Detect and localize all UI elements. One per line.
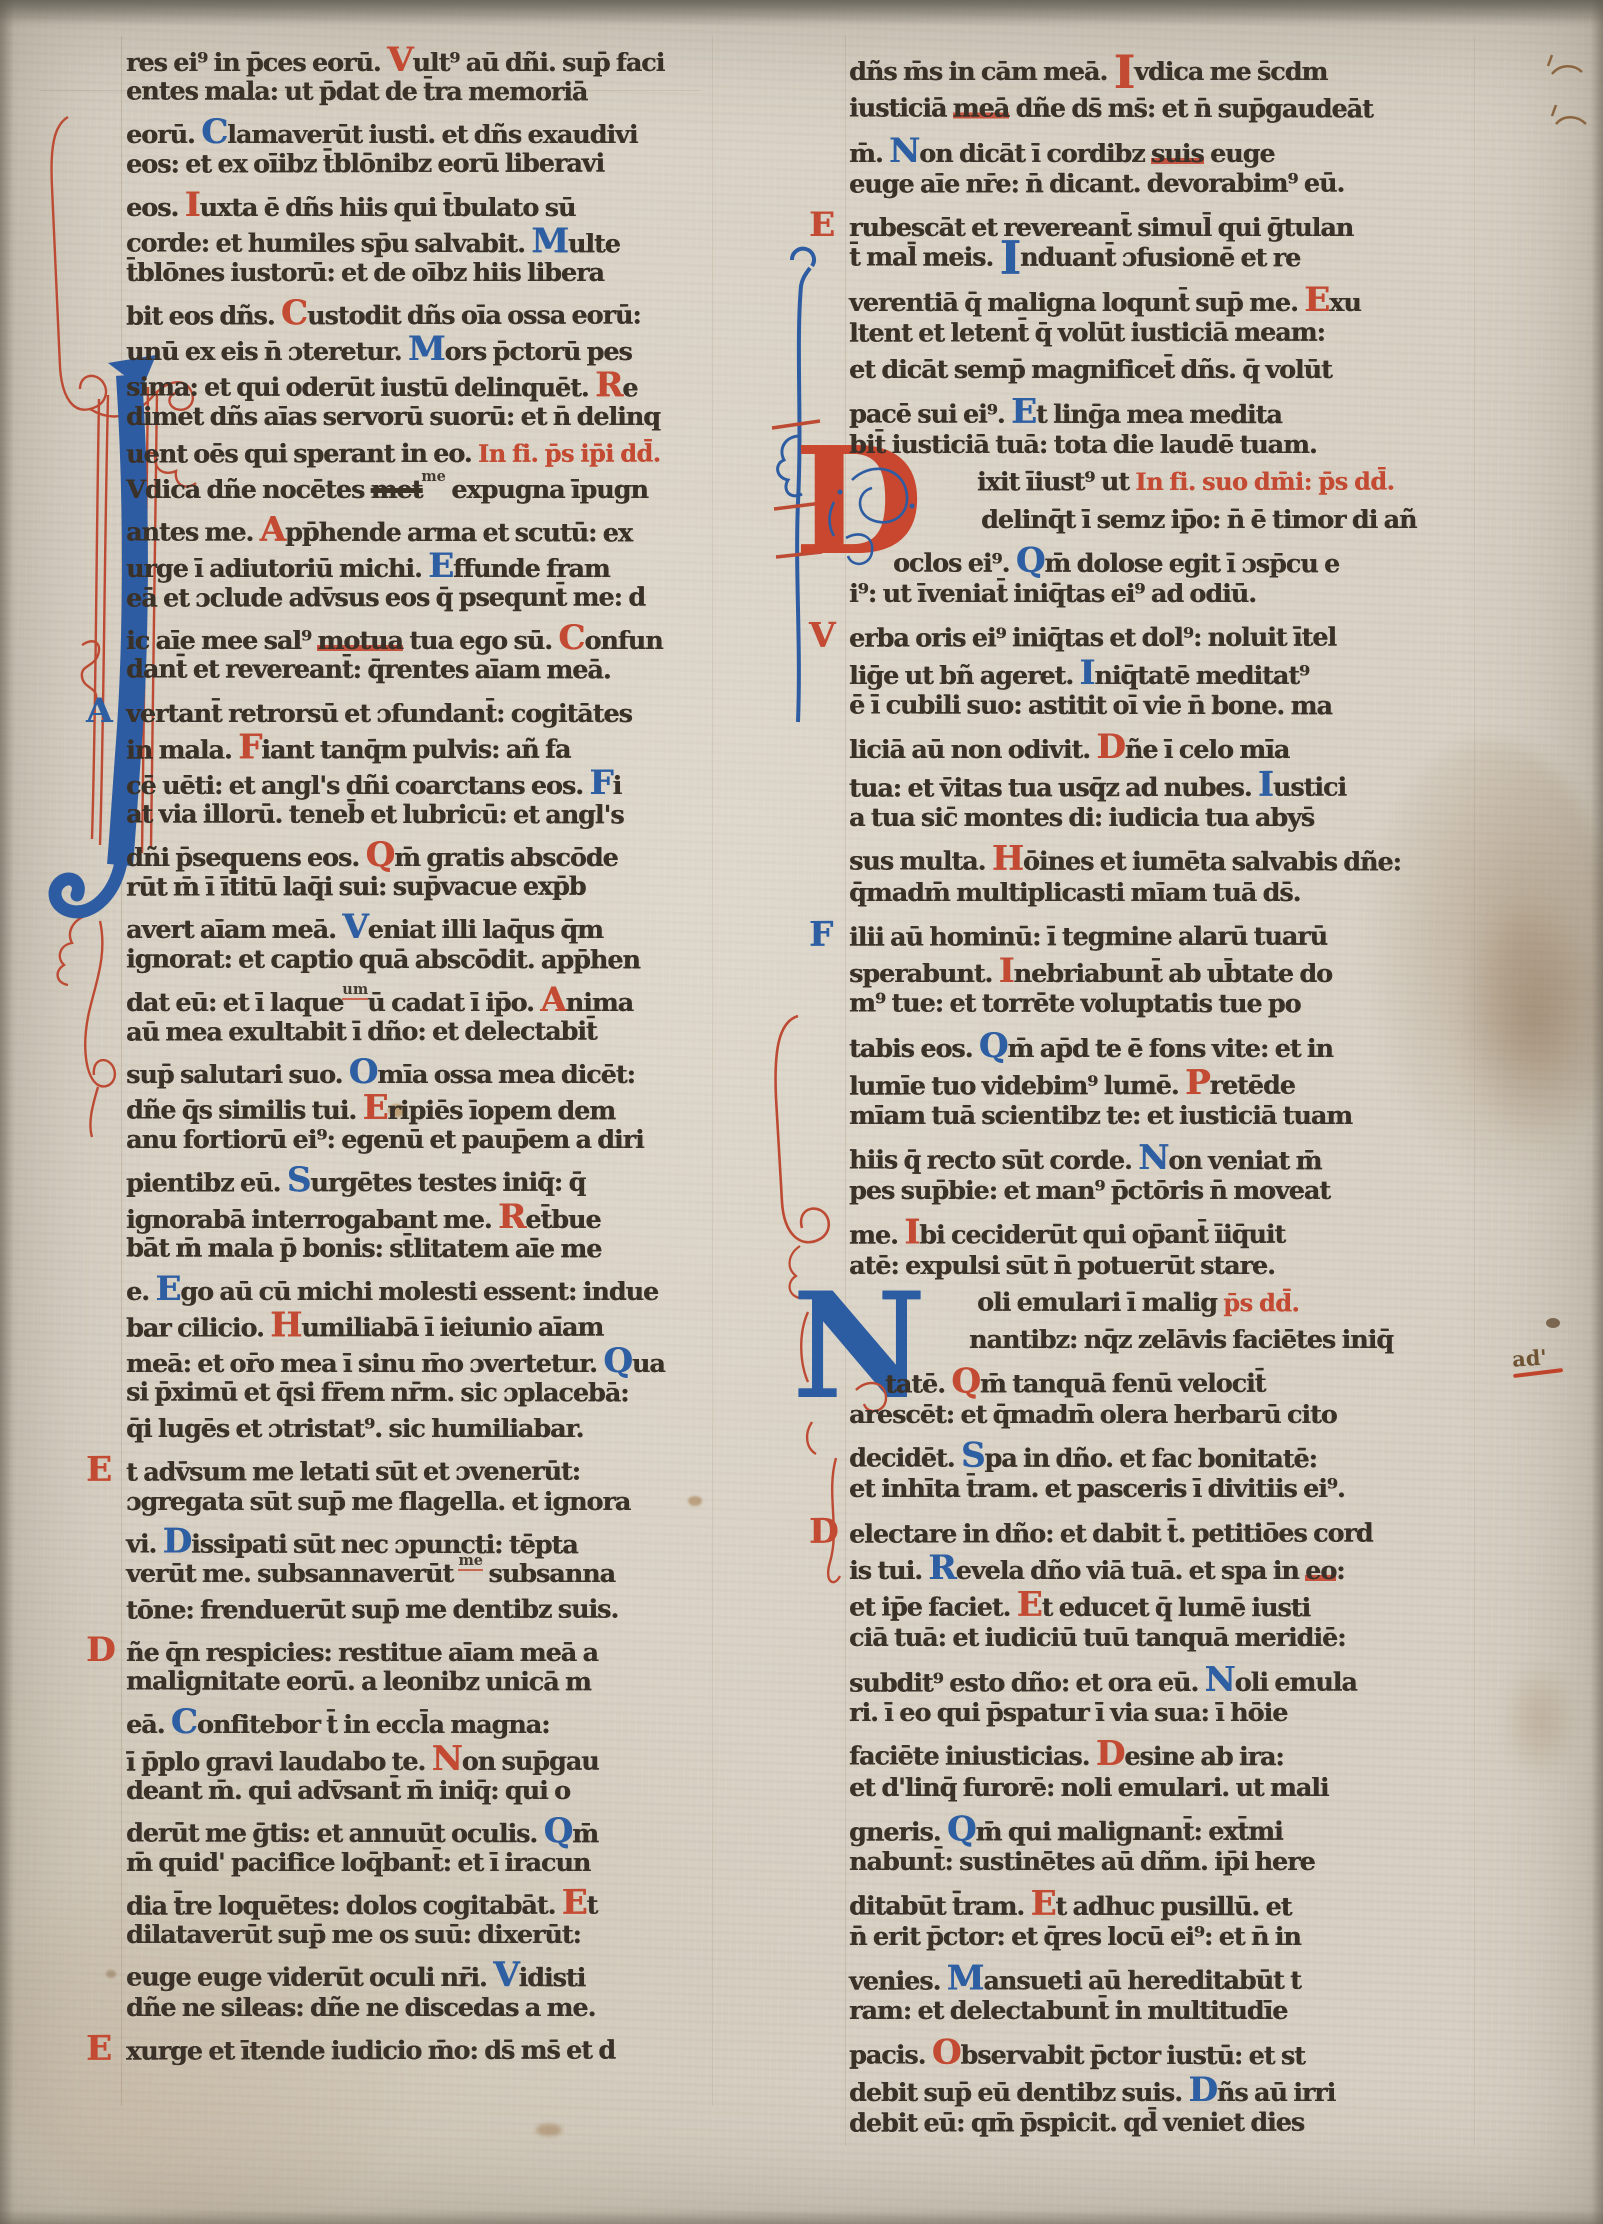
text-line: et d'linq̄ furorē: noli emulari. ut mali bbox=[849, 1772, 1473, 1809]
text-line: ɔgregata sūt sup̄ me flagella. et ignora bbox=[126, 1486, 716, 1522]
text-run: vdica me s̄cdm bbox=[1134, 56, 1327, 86]
text-run: m̄ qui malignant̄: ext̄mi bbox=[975, 1816, 1282, 1847]
text-run: eorū. bbox=[126, 119, 201, 149]
text-run: m⁹ tue: et torrēte voluptatis tue po bbox=[849, 988, 1301, 1019]
text-run: oli emula bbox=[1235, 1666, 1357, 1696]
text-run: t educet q̄ lumē iusti bbox=[1042, 1592, 1311, 1622]
text-line: bit eos dñs. Custodit dñs oīa ossa eorū: bbox=[126, 292, 716, 329]
interlinear-note: um bbox=[342, 981, 368, 1000]
rubric: In fi. suo dm̄i: p̄s dd̄. bbox=[1135, 467, 1394, 497]
text-run: entes mala: ut p̄dat de t̄ra memoriā bbox=[126, 76, 587, 107]
text-line: dñs m̄s in cām meā. Ivdica me s̄cdm bbox=[849, 56, 1473, 93]
text-run: lumīe tuo videbim⁹ lumē. bbox=[849, 1070, 1185, 1101]
text-line: ltent et letent̄ q̄ volūt iusticiā meam: bbox=[849, 316, 1473, 355]
text-line: corde: et humiles sp̄u salvabit. Multe bbox=[126, 220, 716, 257]
text-line: Et adv̄sum me letati sūt et ɔvenerūt: bbox=[126, 1449, 716, 1486]
text-line: eos: et ex oīibz t̄blōnibz eorū liberavi bbox=[126, 148, 716, 185]
text-run: t adv̄sum me letati sūt et ɔvenerūt: bbox=[126, 1456, 580, 1487]
text-line: ram: et delectabunt̄ in multitudīe bbox=[849, 1995, 1473, 2032]
text-run: dñe ne sileas: dñe ne discedas a me. bbox=[126, 1992, 595, 2022]
text-run: ciā tuā: et iudiciū tuū tanquā meridiē: bbox=[849, 1622, 1346, 1652]
text-line: delinq̄t ī semz ip̄o: n̄ ē timor di añ bbox=[849, 504, 1473, 541]
text-run: ī p̄plo gravi laudabo te. bbox=[126, 1746, 432, 1777]
text-run: on dicāt ī cordibz bbox=[919, 138, 1151, 168]
text-line: venies. Mansueti aū hereditabūt t bbox=[849, 1957, 1473, 1996]
versal-initial: N bbox=[432, 1739, 462, 1779]
versal-initial: I bbox=[1079, 653, 1094, 693]
text-run: expugna īpugn bbox=[445, 474, 648, 504]
text-line: sima: et qui oderūt iustū delinquēt. Re bbox=[126, 365, 716, 402]
text-line: dñe q̄s similis tui. Eripiēs īopem dem bbox=[126, 1088, 716, 1125]
text-run: ua bbox=[632, 1348, 665, 1378]
text-run: eos. bbox=[126, 192, 185, 222]
text-run: tōne: frenduerūt sup̄ me dentibz suis. bbox=[126, 1594, 618, 1625]
text-line: Vdica dñe nocētes metme expugna īpugn bbox=[126, 474, 716, 510]
versal-initial: I bbox=[999, 231, 1020, 285]
corrected-word: motua bbox=[317, 625, 402, 655]
text-run: derūt me ḡtis: et annuūt oculis. bbox=[126, 1817, 544, 1848]
text-line: arescēt: et q̄madm̄ olera herbarū cito bbox=[849, 1399, 1473, 1436]
versal-initial: N bbox=[889, 131, 919, 171]
versal-initial: Q bbox=[603, 1341, 632, 1381]
versal-initial: Q bbox=[365, 835, 394, 875]
versal-initial: O bbox=[932, 2032, 961, 2072]
text-run: res ei⁹ in p̄ces eorū. bbox=[126, 47, 387, 77]
versal-initial: R bbox=[595, 366, 622, 406]
text-run: niq̄tatē meditat⁹ bbox=[1094, 660, 1309, 690]
text-run: iusticiā bbox=[849, 93, 953, 123]
text-run: gneris. bbox=[849, 1816, 947, 1846]
text-line: verūt me. subsannaverūt me subsanna bbox=[126, 1558, 716, 1594]
text-line: deant m̄. qui adv̄sant̄ m̄ iniq̄: qui o bbox=[126, 1775, 716, 1811]
text-run: ustodit dñs oīa ossa eorū: bbox=[307, 300, 641, 331]
text-run: dant̄ et revereant̄: q̄rentes aīam meā. bbox=[126, 654, 611, 685]
text-line: bar cilicio. Humiliabā ī ieiunio aīam bbox=[126, 1304, 716, 1341]
text-run: e bbox=[622, 373, 637, 403]
versal-initial: A bbox=[260, 510, 285, 550]
text-run: m̄ gratis abscōde bbox=[394, 842, 618, 872]
text-run: nduant̄ ɔfusionē et re bbox=[1020, 242, 1300, 272]
text-run: vi. bbox=[126, 1528, 163, 1558]
text-run: pientibz eū. bbox=[126, 1168, 287, 1198]
text-run: euge aīe nr̄e: n̄ dicant. devorabim⁹ eū. bbox=[849, 168, 1344, 199]
text-line: si p̄ximū et q̄si fr̄em nr̄m. sic ɔplace… bbox=[126, 1377, 716, 1414]
text-run: ditabūt t̄ram. bbox=[849, 1890, 1031, 1920]
text-run: ulte bbox=[568, 228, 620, 258]
text-run: uent oēs qui sperant in eo. bbox=[126, 437, 478, 468]
versal-initial: E bbox=[562, 1883, 587, 1923]
text-run: nima bbox=[566, 987, 633, 1017]
versal-initial: R bbox=[498, 1197, 525, 1237]
text-line: m⁹ tue: et torrēte voluptatis tue po bbox=[849, 988, 1473, 1026]
text-run: t linḡa mea medita bbox=[1036, 398, 1282, 428]
text-run: pacis. bbox=[849, 2039, 932, 2069]
text-line: dia t̄re loquētes: dolos cogitabāt. Et bbox=[126, 1883, 716, 1920]
text-run: sup̄ salutari suo. bbox=[126, 1059, 349, 1089]
text-run: eniat illi laq̄us q̄m bbox=[368, 914, 603, 944]
versal-initial: Q bbox=[1016, 541, 1045, 581]
text-run: ē ī cubili suo: astitit oī vie n̄ bone. … bbox=[849, 690, 1332, 721]
text-run: venies. bbox=[849, 1966, 947, 1996]
versal-initial: F bbox=[589, 763, 612, 803]
text-run: tabis eos. bbox=[849, 1033, 979, 1063]
text-run: ñs aū irri bbox=[1217, 2077, 1335, 2107]
text-line: dant̄ et revereant̄: q̄rentes aīam meā. bbox=[126, 654, 716, 691]
text-run: atē: expulsi sūt n̄ potuerūt stare. bbox=[849, 1250, 1275, 1280]
versal-initial: M bbox=[408, 329, 445, 369]
text-line: nabunt̄: sustinētes aū dñm. ip̄i here bbox=[849, 1846, 1473, 1883]
versal-initial: Q bbox=[543, 1811, 572, 1851]
text-line: me. Ibi ceciderūt qui op̄ant̄ īiq̄uit bbox=[849, 1212, 1473, 1251]
text-line: sus multa. Hōines et iumēta salvabis dñe… bbox=[849, 839, 1473, 877]
text-line: bāt m̄ mala p̄ bonis: st̄litatem aīe me bbox=[126, 1232, 716, 1269]
text-line: hiis q̄ recto sūt corde. Non veniat m̄ bbox=[849, 1137, 1473, 1175]
versal-initial: O bbox=[349, 1052, 378, 1092]
text-line: q̄i lugēs et ɔtristat⁹. sic humiliabar. bbox=[126, 1413, 716, 1449]
versal-initial: H bbox=[270, 1305, 301, 1345]
text-line: dñi p̄sequens eos. Qm̄ gratis abscōde bbox=[126, 835, 716, 871]
text-run: debit eū: qm̄ p̄spicit. qd̄ veniet dies bbox=[849, 2107, 1304, 2138]
versal-initial: I bbox=[1258, 764, 1273, 804]
versal-initial: E bbox=[1011, 391, 1036, 431]
text-run: eā et ɔclude adv̄sus eos q̄ psequnt̄ me:… bbox=[126, 582, 645, 613]
versal-initial: A bbox=[540, 980, 565, 1020]
text-run: q̄madm̄ multiplicasti mīam tuā ds̄. bbox=[849, 877, 1300, 907]
text-line: cē uēti: et angl's dñi coarctans eos. Fi bbox=[126, 763, 716, 799]
versal-initial: D bbox=[1096, 1734, 1125, 1774]
text-line: ri. ī eo qui p̄spatur ī via sua: ī hōie bbox=[849, 1697, 1473, 1734]
text-line: vi. Dissipati sūt nec ɔpuncti: tēpta bbox=[126, 1521, 716, 1558]
text-run: is tui. bbox=[849, 1555, 928, 1585]
text-run: verentiā q̄ maligna loqunt̄ sup̄ me. bbox=[849, 287, 1304, 317]
corrected-word: meā bbox=[953, 93, 1010, 123]
versal-initial: Q bbox=[951, 1362, 980, 1402]
text-run: sima: et qui oderūt iustū delinquēt. bbox=[126, 372, 595, 403]
text-run: ic aīe mee sal⁹ bbox=[126, 625, 317, 655]
text-line: debit eū: qm̄ p̄spicit. qd̄ veniet dies bbox=[849, 2107, 1473, 2146]
text-line: Exurge et ītende iudicio m̄o: ds̄ ms̄ et… bbox=[126, 2027, 716, 2064]
versal-initial: R bbox=[928, 1548, 955, 1588]
text-line: nantibz: nq̄z zelāvis faciētes iniq̄ bbox=[849, 1324, 1473, 1361]
text-run: debit sup̄ eū dentibz suis. bbox=[849, 2077, 1188, 2107]
text-run: si p̄ximū et q̄si fr̄em nr̄m. sic ɔplace… bbox=[126, 1377, 629, 1408]
text-run: n̄ erit p̄ctor: et q̄res locū ei⁹: et n̄… bbox=[849, 1921, 1301, 1951]
text-run: a tua sic̄ montes di: iudicia tua abys̄ bbox=[849, 802, 1314, 832]
text-line: pacis. Observabit p̄ctor iustū: et st bbox=[849, 2032, 1473, 2070]
manuscript-photo: D N bbox=[0, 0, 1603, 2224]
text-line: iusticiā meā dñe ds̄ ms̄: et n̄ sup̄gaud… bbox=[849, 93, 1473, 131]
text-run: q̄i lugēs et ɔtristat⁹. sic humiliabar. bbox=[126, 1413, 583, 1443]
text-line: sperabunt. Inebriabunt̄ ab ub̄tate do bbox=[849, 951, 1473, 988]
text-line: t̄ mal̄ meis. Induant̄ ɔfusionē et re bbox=[849, 242, 1473, 280]
text-line: lumīe tuo videbim⁹ lumē. Pretēde bbox=[849, 1062, 1473, 1101]
stain bbox=[106, 1970, 116, 1978]
text-run: t adhuc pusillū. et bbox=[1055, 1890, 1291, 1920]
text-line: m̄. Non dicāt ī cordibz suis euge bbox=[849, 131, 1473, 168]
text-line: mīam tuā scientibz te: et iusticiā tuam bbox=[849, 1100, 1473, 1137]
photo-edge bbox=[1591, 0, 1603, 2224]
text-line: ixit īiust⁹ ut In fi. suo dm̄i: p̄s dd̄. bbox=[849, 466, 1473, 505]
photo-edge bbox=[0, 0, 14, 2224]
stain bbox=[1460, 900, 1603, 1140]
text-line: malignitate eorū. a leonibz unicā m bbox=[126, 1666, 716, 1703]
text-line: Filii aū hominū: ī tegmine alarū tuarū bbox=[849, 913, 1473, 952]
text-run: umiliabā ī ieiunio aīam bbox=[301, 1312, 603, 1343]
text-run: arescēt: et q̄madm̄ olera herbarū cito bbox=[849, 1399, 1337, 1429]
text-line: eā et ɔclude adv̄sus eos q̄ psequnt̄ me:… bbox=[126, 581, 716, 618]
versal-initial: E bbox=[362, 1088, 387, 1128]
versal-initial: Q bbox=[979, 1026, 1008, 1066]
text-line: ē ī cubili suo: astitit oī vie n̄ bone. … bbox=[849, 690, 1473, 728]
text-run: hiis q̄ recto sūt corde. bbox=[849, 1144, 1138, 1175]
text-line: liḡe ut bñ ageret. Iniq̄tatē meditat⁹ bbox=[849, 653, 1473, 690]
versal-initial: I bbox=[904, 1213, 919, 1253]
text-run: liḡe ut bñ ageret. bbox=[849, 660, 1079, 690]
text-line: ignorabā interrogabant me. Ret̄bue bbox=[126, 1197, 716, 1233]
text-line: aū mea exultabit ī dño: et delectabit̄ bbox=[126, 1015, 716, 1052]
text-run: nabunt̄: sustinētes aū dñm. ip̄i here bbox=[849, 1846, 1315, 1876]
text-line: ignorat: et captio quā abscōdit. app̄hen bbox=[126, 943, 716, 980]
text-run: dñs m̄s in cām meā. bbox=[849, 56, 1114, 86]
text-run: esine ab ira: bbox=[1124, 1741, 1284, 1771]
photo-edge bbox=[0, 2210, 1603, 2224]
text-line: eorū. Clamaverūt iusti. et dñs exaudivi bbox=[126, 112, 716, 148]
text-line: tatē. Qm̄ tanquā fenū velocit̄ bbox=[849, 1361, 1473, 1400]
text-run: go aū cū michi molesti essent: indue bbox=[180, 1276, 658, 1306]
text-run: retēde bbox=[1209, 1070, 1294, 1100]
text-run: et ip̄e faciet. bbox=[849, 1592, 1017, 1622]
text-run: e. bbox=[126, 1276, 155, 1306]
text-line: derūt me ḡtis: et annuūt oculis. Qm̄ bbox=[126, 1810, 716, 1847]
text-run: dilataverūt sup̄ me os suū: dixerūt: bbox=[126, 1919, 581, 1949]
text-line: pientibz eū. Surgētes testes iniq̄: q̄ bbox=[126, 1160, 716, 1197]
versal-initial: Q bbox=[947, 1809, 976, 1849]
text-run: ū cadat ī ip̄o. bbox=[367, 987, 540, 1017]
text-run: dica dñe nocētes bbox=[145, 474, 371, 504]
text-line: in mala. Fiant tanq̄m pulvis: añ fa bbox=[126, 726, 716, 763]
text-line: urge ī adiutoriū michi. Effunde fram bbox=[126, 546, 716, 582]
versal-initial: V bbox=[493, 1956, 518, 1996]
struck-word: met bbox=[371, 474, 423, 504]
text-run: eos: et ex oīibz t̄blōnibz eorū liberavi bbox=[126, 148, 604, 179]
text-run: pacē sui ei⁹. bbox=[849, 398, 1011, 428]
text-run: oclos ei⁹. bbox=[893, 547, 1016, 577]
text-run: urge ī adiutoriū michi. bbox=[126, 553, 428, 583]
text-run: lamaverūt iusti. et dñs exaudivi bbox=[227, 119, 637, 149]
text-run: dia t̄re loquētes: dolos cogitabāt. bbox=[126, 1890, 562, 1921]
text-run: nebriabunt̄ ab ub̄tate do bbox=[1014, 958, 1332, 988]
text-run: et̄bue bbox=[525, 1204, 600, 1234]
text-line: oli emulari ī malig p̄s dd̄. bbox=[849, 1286, 1473, 1324]
text-run: onfitebor t̄ in eccl̄a magna: bbox=[197, 1709, 550, 1739]
text-run: t bbox=[587, 1890, 598, 1920]
text-line: et ip̄e faciet. Et educet q̄ lumē iusti bbox=[849, 1585, 1473, 1623]
text-line: Dñe q̄n respicies: restitue aīam meā a bbox=[126, 1630, 716, 1666]
text-run: idisti bbox=[518, 1963, 585, 1993]
text-run: cē uēti: et angl's dñi coarctans eos. bbox=[126, 770, 589, 800]
rubric: p̄s dd̄. bbox=[1223, 1288, 1299, 1317]
text-run: euge bbox=[1204, 138, 1275, 168]
text-run: oli emulari ī malig bbox=[977, 1286, 1223, 1316]
text-line: ic aīe mee sal⁹ motua tua ego sū. Confun bbox=[126, 618, 716, 654]
text-line: tōne: frenduerūt sup̄ me dentibz suis. bbox=[126, 1593, 716, 1630]
text-run: erba oris ei⁹ iniq̄tas et dol⁹: noluit ī… bbox=[849, 622, 1336, 653]
text-run: dñi p̄sequens eos. bbox=[126, 842, 365, 872]
versal-initial: E bbox=[155, 1269, 180, 1309]
text-run: m̄ dolose egit ī ɔsp̄cu e bbox=[1044, 548, 1339, 579]
text-line: at via illorū. teneb̄ et lubricū: et ang… bbox=[126, 798, 716, 835]
text-run: verūt me. subsannaverūt bbox=[126, 1558, 459, 1588]
text-run: subsanna bbox=[482, 1558, 615, 1588]
text-run: ffunde fram bbox=[453, 553, 610, 583]
text-line: et dicāt semp̄ magnificet̄ dñs. q̄ volūt bbox=[849, 354, 1473, 391]
versal-initial: M bbox=[531, 221, 568, 261]
text-line: q̄madm̄ multiplicasti mīam tuā ds̄. bbox=[849, 877, 1473, 914]
text-run: pp̄hende arma et scutū: ex bbox=[285, 517, 632, 548]
text-run: dimet dñs aīas servorū suorū: et n̄ deli… bbox=[126, 401, 660, 431]
ruling-line bbox=[845, 36, 846, 2146]
text-run: et d'linq̄ furorē: noli emulari. ut mali bbox=[849, 1772, 1328, 1802]
text-run: ōines et iumēta salvabis dñe: bbox=[1023, 846, 1401, 877]
text-run: decidēt. bbox=[849, 1442, 961, 1472]
text-line: bit̄ iusticiā tuā: tota die laudē tuam. bbox=[849, 429, 1473, 466]
text-run: iant tanq̄m pulvis: añ fa bbox=[261, 733, 570, 764]
versal-initial: M bbox=[947, 1959, 984, 1999]
text-run: euge euge viderūt oculi nr̄i. bbox=[126, 1962, 493, 1993]
text-run: bar cilicio. bbox=[126, 1312, 270, 1342]
text-line: eos. Iuxta ē dñs hiis qui t̄bulato sū bbox=[126, 185, 716, 221]
text-run: ñe q̄n respicies: restitue aīam meā a bbox=[126, 1637, 598, 1667]
text-run: in mala. bbox=[126, 734, 238, 764]
versal-initial: E bbox=[1017, 1585, 1042, 1625]
text-run: m̄ ap̄d te ē fons vite: et in bbox=[1007, 1033, 1333, 1063]
text-line: Verba oris ei⁹ iniq̄tas et dol⁹: noluit … bbox=[849, 615, 1473, 654]
versal-initial: I bbox=[185, 185, 200, 225]
text-run: aū mea exultabit ī dño: et delectabit̄ bbox=[126, 1015, 597, 1046]
text-run: t̄ mal̄ meis. bbox=[849, 242, 1000, 272]
versal-initial: H bbox=[992, 839, 1023, 879]
text-line: ditabūt t̄ram. Et adhuc pusillū. et bbox=[849, 1883, 1473, 1921]
text-line: anu fortiorū ei⁹: egenū et paup̄em a dir… bbox=[126, 1124, 716, 1160]
versal-initial: V bbox=[387, 40, 412, 80]
text-run: avert aīam meā. bbox=[126, 914, 342, 944]
text-line: gneris. Qm̄ qui malignant̄: ext̄mi bbox=[849, 1808, 1473, 1847]
text-run: unū ex eis n̄ ɔteretur. bbox=[126, 336, 408, 366]
versal-initial: E bbox=[1030, 1883, 1055, 1923]
versal-initial: I bbox=[999, 951, 1014, 991]
corrected-word: suis bbox=[1151, 138, 1204, 168]
text-run: delinq̄t ī semz ip̄o: n̄ ē timor di añ bbox=[981, 504, 1416, 534]
text-line: unū ex eis n̄ ɔteretur. Mors p̄ctorū pes bbox=[126, 329, 716, 365]
text-run: nantibz: nq̄z zelāvis faciētes iniq̄ bbox=[969, 1324, 1393, 1354]
interlinear-note: me bbox=[421, 468, 446, 485]
text-line: i⁹: ut īveniat̄ iniq̄tas ei⁹ ad odiū. bbox=[849, 578, 1473, 615]
versal-initial: C bbox=[171, 1702, 197, 1742]
text-line: atē: expulsi sūt n̄ potuerūt stare. bbox=[849, 1250, 1473, 1287]
versal-initial: D bbox=[1188, 2070, 1216, 2110]
text-run: mīam tuā scientibz te: et iusticiā tuam bbox=[849, 1100, 1352, 1130]
text-run: : bbox=[1336, 1555, 1344, 1585]
text-run: sperabunt. bbox=[849, 958, 999, 988]
text-run: ixit īiust⁹ ut bbox=[977, 466, 1135, 496]
text-run: pes sup̄bie: et man⁹ p̄ctōris n̄ moveat bbox=[849, 1175, 1330, 1205]
text-run: evela dño viā tuā. et spa in bbox=[956, 1555, 1306, 1585]
text-line: avert aīam meā. Veniat illi laq̄us q̄m bbox=[126, 907, 716, 943]
text-line: entes mala: ut p̄dat de t̄ra memoriā bbox=[126, 76, 716, 113]
text-run: me. bbox=[849, 1220, 904, 1250]
text-run: liciā aū non odivit. bbox=[849, 734, 1096, 764]
text-line: n̄ erit p̄ctor: et q̄res locū ei⁹: et n̄… bbox=[849, 1921, 1473, 1958]
text-run: ltent et letent̄ q̄ volūt iusticiā meam: bbox=[849, 317, 1325, 348]
text-run: at via illorū. teneb̄ et lubricū: et ang… bbox=[126, 798, 624, 829]
text-line: subdit⁹ esto dño: et ora eū. Noli emula bbox=[849, 1659, 1473, 1698]
text-run: et dicāt semp̄ magnificet̄ dñs. q̄ volūt bbox=[849, 354, 1332, 384]
text-line: Erubescāt et revereant̄ simul̄ qui ḡtula… bbox=[849, 205, 1473, 242]
text-run: m̄ tanquā fenū velocit̄ bbox=[980, 1368, 1266, 1399]
text-run: V bbox=[126, 474, 145, 504]
text-run: bi ceciderūt qui op̄ant̄ īiq̄uit bbox=[919, 1219, 1285, 1250]
versal-initial: I bbox=[1114, 45, 1135, 99]
text-run: urgētes testes iniq̄: q̄ bbox=[310, 1167, 585, 1198]
text-run: subdit⁹ esto dño: et ora eū. bbox=[849, 1667, 1205, 1698]
text-line: tua: et v̄itas tua usq̄z ad nubes. Iusti… bbox=[849, 764, 1473, 803]
versal-initial: C bbox=[281, 293, 307, 333]
text-run: dñe ds̄ ms̄: et n̄ sup̄gaudeāt bbox=[1009, 93, 1373, 124]
text-run: t̄blōnes iustorū: et de oībz hiis libera bbox=[126, 257, 604, 287]
text-run: rūt m̄ ī īt̄itū laq̄i sui: sup̄vacue exp… bbox=[126, 871, 586, 902]
versal-initial: N bbox=[1138, 1138, 1168, 1178]
text-line: Avertant̄ retrorsū et ɔfundant̄: cogitāt… bbox=[126, 691, 716, 727]
text-line: eā. Confitebor t̄ in eccl̄a magna: bbox=[126, 1702, 716, 1738]
text-run: ustici bbox=[1273, 771, 1346, 801]
text-column-left: res ei⁹ in p̄ces eorū. Vult⁹ aū dñi. sup… bbox=[126, 40, 716, 2064]
text-run: ignorabā interrogabant me. bbox=[126, 1204, 498, 1234]
text-run: deant m̄. qui adv̄sant̄ m̄ iniq̄: qui o bbox=[126, 1775, 570, 1805]
text-run: antes me. bbox=[126, 516, 260, 546]
versal-initial: S bbox=[961, 1436, 985, 1476]
versal-initial: E bbox=[1304, 280, 1329, 320]
text-run: ult⁹ aū dñi. sup̄ faci bbox=[412, 47, 664, 77]
text-line: dat eū: et ī laqueumū cadat ī ip̄o. Anim… bbox=[126, 980, 716, 1016]
versal-initial: D bbox=[1096, 727, 1124, 767]
text-run: anu fortiorū ei⁹: egenū et paup̄em a dir… bbox=[126, 1124, 644, 1154]
text-run: xurge et ītende iudicio m̄o: ds̄ ms̄ et … bbox=[126, 2034, 615, 2065]
ruling-line bbox=[1474, 36, 1475, 2146]
text-run: m̄. bbox=[849, 138, 889, 168]
text-run: on veniat m̄ bbox=[1168, 1145, 1321, 1175]
text-run: m̄ bbox=[572, 1818, 598, 1848]
text-run: ripiēs īopem dem bbox=[387, 1095, 615, 1125]
text-run: electare in dño: et dabit t̄. petitiōes … bbox=[849, 1517, 1373, 1548]
text-line: dilataverūt sup̄ me os suū: dixerūt: bbox=[126, 1919, 716, 1955]
text-line: decidēt. Spa in dño. et fac bonitatē: bbox=[849, 1435, 1473, 1473]
text-line: rūt m̄ ī īt̄itū laq̄i sui: sup̄vacue exp… bbox=[126, 871, 716, 908]
text-run: mīa ossa mea dicēt: bbox=[377, 1059, 635, 1089]
text-run: et inhīta t̄ram. et pasceris ī divitiis … bbox=[849, 1473, 1345, 1503]
versal-initial: F bbox=[238, 727, 261, 767]
text-line: faciēte iniusticias. Desine ab ira: bbox=[849, 1734, 1473, 1772]
text-run: ansueti aū hereditabūt t bbox=[983, 1965, 1301, 1996]
text-run: ilii aū hominū: ī tegmine alarū tuarū bbox=[849, 920, 1327, 951]
text-run: meā: et or̄o mea ī sinu m̄o ɔvertetur. bbox=[126, 1348, 603, 1378]
text-line: t̄blōnes iustorū: et de oībz hiis libera bbox=[126, 257, 716, 293]
text-run: eā. bbox=[126, 1709, 171, 1739]
versal-initial: V bbox=[342, 907, 367, 947]
text-run: faciēte iniusticias. bbox=[849, 1741, 1096, 1771]
text-run: tua: et v̄itas tua usq̄z ad nubes. bbox=[849, 771, 1258, 802]
versal-initial: C bbox=[558, 618, 584, 658]
text-run: ignorat: et captio quā abscōdit. app̄hen bbox=[126, 943, 640, 974]
